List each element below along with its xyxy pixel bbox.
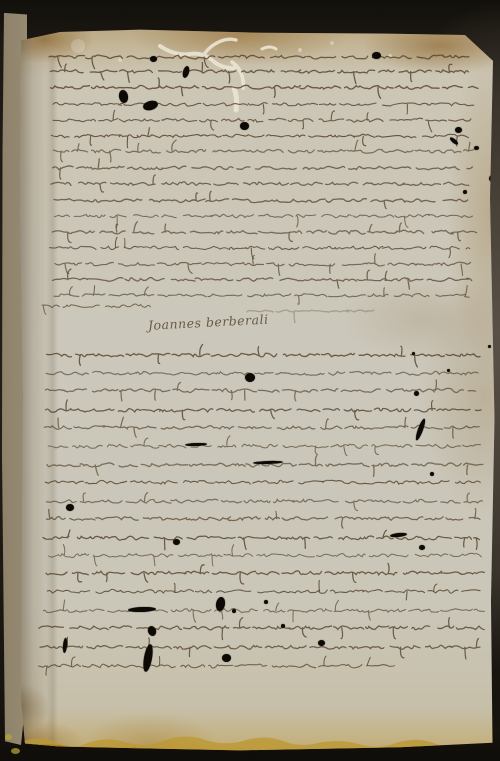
- ink-blot: [253, 460, 283, 464]
- ink-blot: [240, 122, 249, 130]
- manuscript-photo: cxliiij Joannes berberali: [0, 0, 500, 761]
- ink-blot: [264, 600, 268, 604]
- ink-blot: [215, 596, 226, 611]
- ink-blot: [147, 625, 158, 637]
- ink-blot: [62, 638, 67, 653]
- ink-blot: [449, 136, 459, 145]
- ink-blot: [118, 89, 129, 103]
- manuscript-page: cxliiij Joannes berberali: [0, 0, 500, 761]
- ink-blot: [488, 345, 491, 348]
- ink-blot: [66, 504, 74, 511]
- ink-blot: [142, 644, 155, 673]
- binding-speck: [5, 734, 12, 740]
- ink-blot: [412, 352, 415, 355]
- ink-blot: [281, 624, 285, 628]
- ink-blot: [185, 443, 207, 447]
- ink-blot: [128, 607, 156, 613]
- ink-blot: [318, 640, 325, 646]
- ink-blot: [173, 539, 180, 545]
- ink-blot: [447, 369, 450, 372]
- ink-blot: [430, 472, 434, 476]
- ink-blot: [372, 52, 381, 59]
- ink-blot: [474, 146, 479, 150]
- ink-blot: [222, 654, 231, 662]
- ink-blot: [463, 190, 467, 194]
- ink-blot: [414, 418, 427, 441]
- ink-blot: [414, 391, 419, 396]
- ink-blots: [0, 0, 500, 761]
- ink-blot: [455, 127, 462, 133]
- ink-blot: [182, 65, 191, 78]
- ink-blot: [419, 545, 425, 550]
- ink-blot: [232, 609, 236, 613]
- folio-number: cxliiij: [418, 16, 465, 37]
- ink-blot: [390, 532, 407, 538]
- binding-speck: [11, 748, 20, 754]
- ink-blot: [142, 99, 159, 112]
- ink-blot: [489, 175, 496, 182]
- ink-blot: [150, 56, 157, 62]
- ink-blot: [245, 373, 255, 382]
